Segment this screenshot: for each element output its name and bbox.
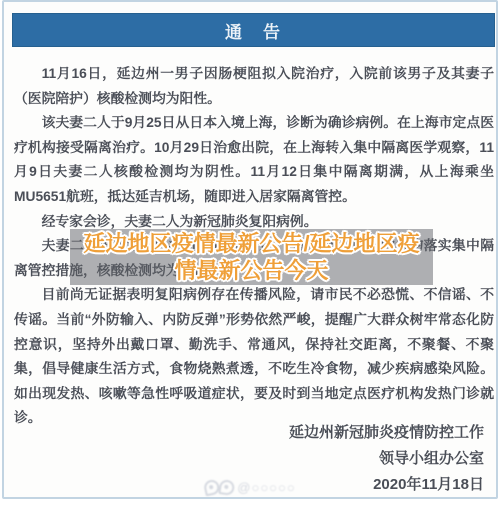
- notice-paragraph: 11月16日，延边州一男子因肠梗阻拟入院治疗，入院前该男子及其妻子（医院陪护）核…: [14, 62, 494, 111]
- weibo-watermark: @○○○○○: [204, 480, 295, 495]
- signature-line: 延边州新冠肺炎疫情防控工作: [289, 420, 484, 446]
- notice-page: 通 告 11月16日，延边州一男子因肠梗阻拟入院治疗，入院前该男子及其妻子（医院…: [0, 0, 500, 506]
- signature-date: 2020年11月18日: [289, 472, 484, 498]
- weibo-eyes-icon: [218, 479, 235, 496]
- signature-line: 领导小组办公室: [289, 446, 484, 472]
- notice-header-title: 通 告: [225, 18, 282, 43]
- watermark-text: @○○○○○: [237, 480, 295, 495]
- notice-header-bar: 通 告: [12, 13, 495, 47]
- headline-overlay-title-line2: 情最新公告今天: [174, 257, 328, 284]
- weibo-eyes-icon: [203, 479, 221, 497]
- notice-signature-block: 延边州新冠肺炎疫情防控工作 领导小组办公室 2020年11月18日: [289, 420, 484, 498]
- headline-overlay-band: 延边地区疫情最新公告/延边地区疫 情最新公告今天: [70, 229, 433, 285]
- notice-paragraph: 目前尚无证据表明复阳病例存在传播风险，请市民不必恐慌、不信谣、不传谣。当前“外防…: [14, 283, 494, 431]
- headline-overlay-title-line1: 延边地区疫情最新公告/延边地区疫: [83, 230, 419, 257]
- notice-paragraph: 该夫妻二人于9月25日从日本入境上海，诊断为确诊病例。在上海市定点医疗机构接受隔…: [14, 111, 494, 209]
